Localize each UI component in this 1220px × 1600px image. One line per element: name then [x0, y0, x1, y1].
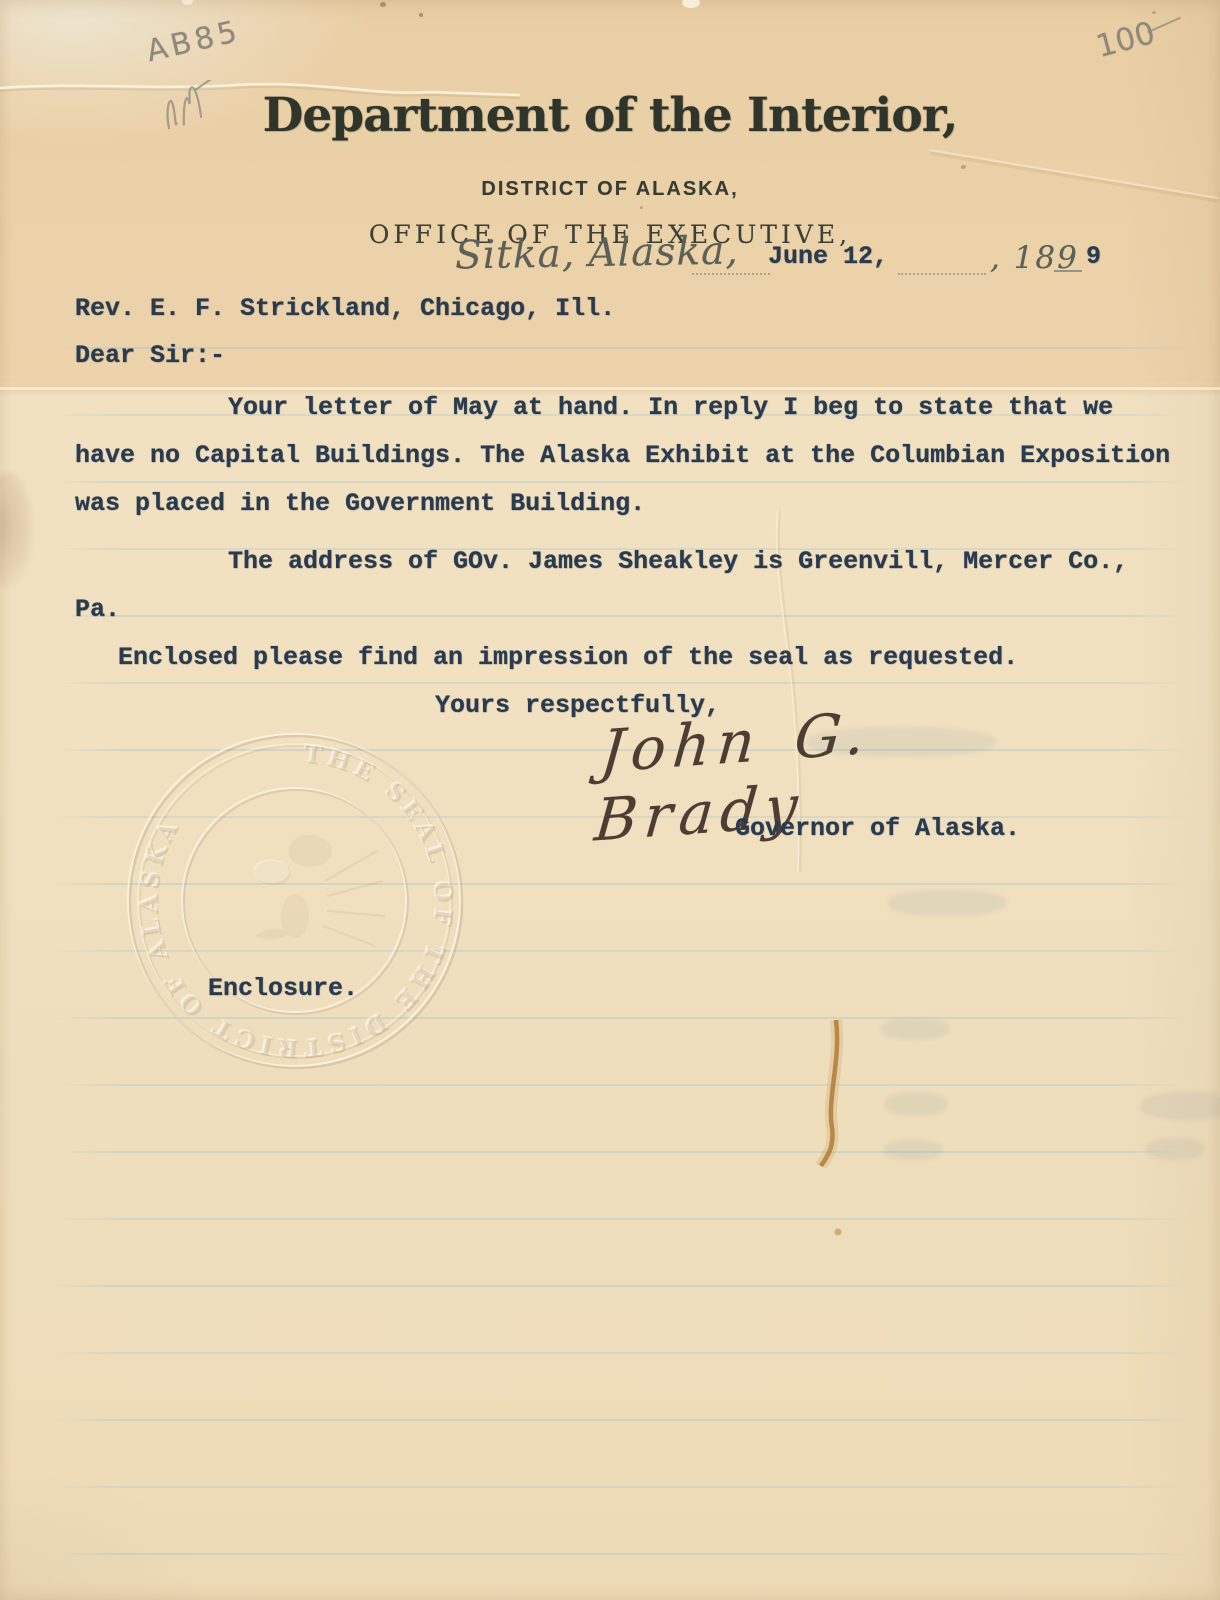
- date-leader: [692, 272, 770, 275]
- year-typed: 9: [1086, 244, 1101, 270]
- enclosure-note: Enclosure.: [208, 976, 358, 1002]
- paper-speck: [961, 165, 966, 169]
- ruled-line: [52, 1553, 1188, 1555]
- ruled-line: [52, 615, 1188, 617]
- ink-ghost: [1146, 1138, 1204, 1160]
- body-line: was placed in the Government Building.: [75, 491, 645, 517]
- embossed-seal: THE SEAL OF THE DISTRICT OF ALASKA THE S…: [125, 731, 465, 1071]
- ruled-line: [52, 682, 1188, 684]
- ink-ghost: [1140, 1092, 1220, 1120]
- pencil-price-note: 100: [1092, 15, 1158, 65]
- body-line: have no Capital Buildings. The Alaska Ex…: [75, 443, 1170, 469]
- year-dash: [1054, 270, 1082, 272]
- letterhead-place: Sitka, Alaska,: [455, 229, 739, 279]
- letterhead-district: DISTRICT OF ALASKA,: [0, 178, 1220, 201]
- paper-speck: [1152, 11, 1156, 14]
- ruled-line: [52, 1151, 1188, 1153]
- ink-ghost: [880, 1018, 950, 1040]
- ink-ghost: [888, 890, 1006, 916]
- paper-speck: [640, 206, 643, 209]
- ruled-line: [52, 1218, 1188, 1220]
- paper-speck: [419, 13, 423, 17]
- date-leader: [898, 272, 986, 275]
- ruled-line: [52, 1486, 1188, 1488]
- seal-emblem: [253, 835, 385, 946]
- letter-document: AB85 100 Department of the Interior, DIS…: [0, 0, 1220, 1600]
- body-line: Pa.: [75, 597, 120, 623]
- ruled-line: [52, 481, 1188, 483]
- body-line: Enclosed please find an impression of th…: [118, 645, 1018, 671]
- pencil-catalog-code: AB85: [143, 14, 244, 70]
- ruled-line: [52, 1285, 1188, 1287]
- ink-ghost: [884, 1092, 948, 1116]
- body-line: The address of GOv. James Sheakley is Gr…: [228, 549, 1128, 575]
- salutation: Dear Sir:-: [75, 343, 225, 369]
- ruled-line: [52, 1084, 1188, 1086]
- fold-crease: [0, 387, 1220, 390]
- body-line: Your letter of May at hand. In reply I b…: [228, 395, 1113, 421]
- ink-ghost: [884, 1140, 942, 1160]
- recipient-line: Rev. E. F. Strickland, Chicago, Ill.: [75, 296, 615, 322]
- paper-chip: [682, 0, 700, 8]
- edge-stain: [0, 472, 34, 590]
- signer-title: Governor of Alaska.: [735, 816, 1020, 842]
- date-typed: June 12,: [768, 244, 888, 270]
- paper-speck: [380, 2, 386, 7]
- ruled-line: [52, 1419, 1188, 1421]
- letterhead-department: Department of the Interior,: [0, 88, 1220, 143]
- ruled-line: [52, 1352, 1188, 1354]
- paper-chip: [182, 0, 193, 5]
